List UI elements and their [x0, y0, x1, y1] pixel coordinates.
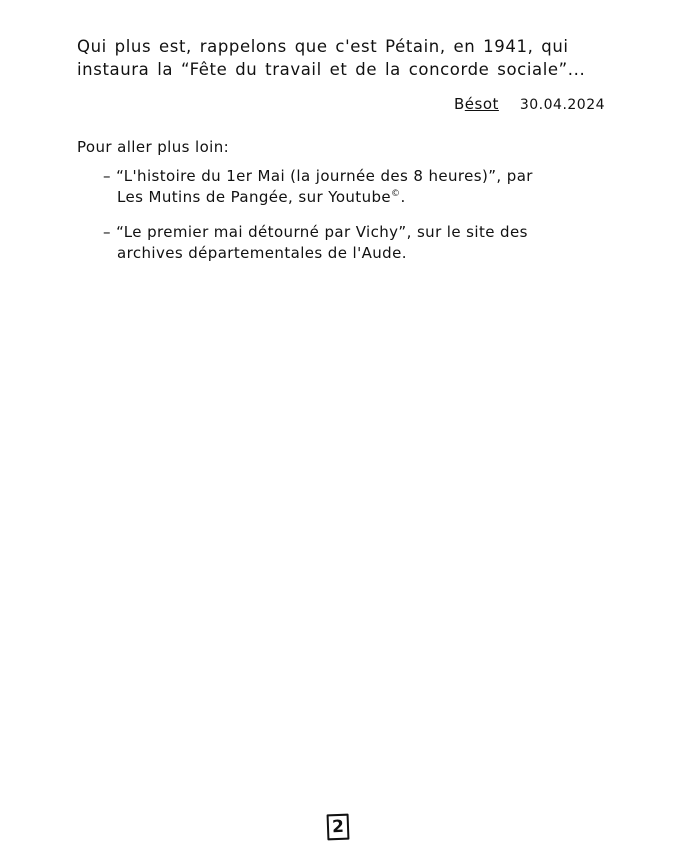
intro-line-2: instaura la “Fête du travail et de la co… — [77, 60, 585, 79]
reference-1-source: Les Mutins de Pangée, sur Youtube — [117, 188, 391, 206]
reference-1-end: . — [400, 188, 405, 206]
author-underlined: ésot — [465, 95, 499, 113]
author-initial: B — [454, 95, 465, 113]
reference-1-line-2: Les Mutins de Pangée, sur Youtube©. — [117, 188, 406, 206]
signature-date: 30.04.2024 — [520, 97, 605, 113]
page-number-box: 2 — [327, 814, 350, 841]
page-number: 2 — [332, 817, 345, 837]
handwritten-page: Qui plus est, rappelons que c'est Pétain… — [0, 0, 684, 855]
signature: Bésot 30.04.2024 — [454, 95, 605, 113]
author-name: Bésot — [454, 95, 499, 113]
reference-2-line-2: archives départementales de l'Aude. — [117, 244, 407, 262]
reference-1-line-1: – “L'histoire du 1er Mai (la journée des… — [103, 167, 533, 185]
reference-2-line-1: – “Le premier mai détourné par Vichy”, s… — [103, 223, 528, 241]
further-reading-title: Pour aller plus loin: — [77, 138, 229, 156]
intro-line-1: Qui plus est, rappelons que c'est Pétain… — [77, 37, 569, 56]
